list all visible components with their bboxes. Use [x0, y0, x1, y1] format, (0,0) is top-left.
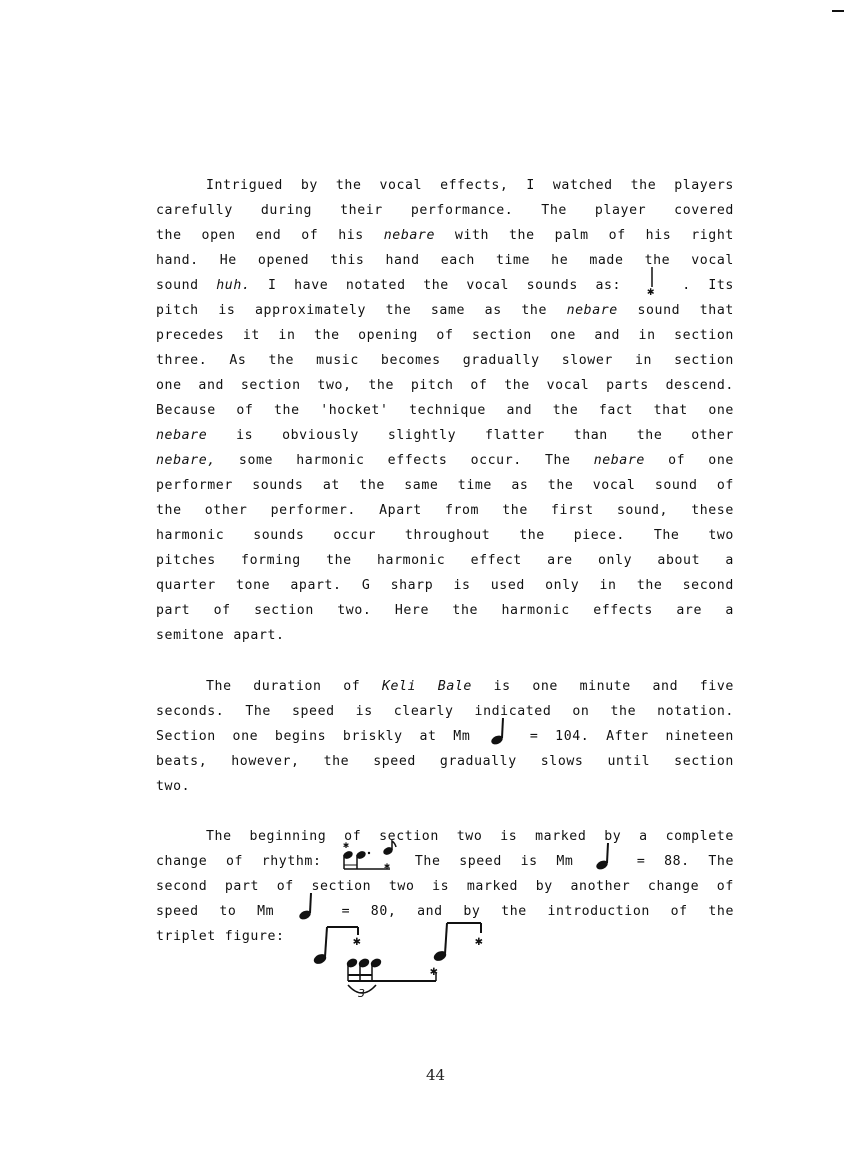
text-line: harmonicsoundsoccurthroughoutthepiece.Th…	[156, 523, 734, 548]
text-line: three.Asthemusicbecomesgraduallyslowerin…	[156, 348, 734, 373]
text-line: beats,however,thespeedgraduallyslowsunti…	[156, 749, 734, 774]
text-line: SectiononebeginsbrisklyatMm=104.Afternin…	[156, 724, 734, 749]
text-line: soundhuh.Ihavenotatedthevocalsoundsas:✱.…	[156, 273, 734, 298]
document-page: Intriguedbythevocaleffects,Iwatchedthepl…	[0, 0, 850, 1169]
text-line: nebareisobviouslyslightlyflatterthantheo…	[156, 423, 734, 448]
quarter-note-icon	[487, 724, 513, 749]
triplet-figure-notation: ✱ ✱ 3 ✱	[300, 915, 500, 995]
text-line: performersoundsatthesametimeasthevocalso…	[156, 473, 734, 498]
text-line: nebare,someharmoniceffectsoccur.Thenebar…	[156, 448, 734, 473]
text-line: Thebeginningofsectiontwoismarkedbyacompl…	[156, 824, 734, 849]
scan-mark	[832, 10, 844, 12]
paragraph-duration: ThedurationofKeliBaleisoneminuteandfives…	[156, 674, 734, 799]
svg-text:✱: ✱	[647, 284, 655, 298]
text-line: quartertoneapart.Gsharpisusedonlyinthese…	[156, 573, 734, 598]
rhythm-change-figure-icon: ✱✱	[340, 849, 396, 874]
paragraph-vocal-effects: Intriguedbythevocaleffects,Iwatchedthepl…	[156, 173, 734, 648]
text-line: secondpartofsectiontwoismarkedbyanotherc…	[156, 874, 734, 899]
quarter-note-icon	[592, 849, 618, 874]
text-line: partofsectiontwo.Heretheharmoniceffectsa…	[156, 598, 734, 623]
svg-text:✱: ✱	[475, 934, 483, 949]
text-line: oneandsectiontwo,thepitchofthevocalparts…	[156, 373, 734, 398]
svg-text:3: 3	[358, 987, 365, 1000]
svg-text:✱: ✱	[343, 840, 350, 851]
text-line: pitchesformingtheharmoniceffectareonlyab…	[156, 548, 734, 573]
text-line: ThedurationofKeliBaleisoneminuteandfive	[156, 674, 734, 699]
text-line: semitoneapart.	[156, 623, 734, 648]
vocal-sound-note-icon: ✱	[639, 273, 665, 298]
text-line: two.	[156, 774, 734, 799]
text-line: theopenendofhisnebarewiththepalmofhisrig…	[156, 223, 734, 248]
text-line: Intriguedbythevocaleffects,Iwatchedthepl…	[156, 173, 734, 198]
text-line: pitchisapproximatelythesameasthenebareso…	[156, 298, 734, 323]
text-line: precedesitintheopeningofsectiononeandins…	[156, 323, 734, 348]
svg-text:✱: ✱	[353, 934, 361, 949]
svg-text:✱: ✱	[430, 964, 438, 979]
text-line: carefullyduringtheirperformance.Theplaye…	[156, 198, 734, 223]
text-line: theotherperformer.Apartfromthefirstsound…	[156, 498, 734, 523]
text-line: seconds.Thespeedisclearlyindicatedonthen…	[156, 699, 734, 724]
text-line: Becauseofthe'hocket'techniqueandthefactt…	[156, 398, 734, 423]
svg-text:✱: ✱	[384, 861, 391, 872]
text-line: changeofrhythm:✱✱ThespeedisMm=88.The	[156, 849, 734, 874]
page-number: 44	[426, 1066, 445, 1084]
